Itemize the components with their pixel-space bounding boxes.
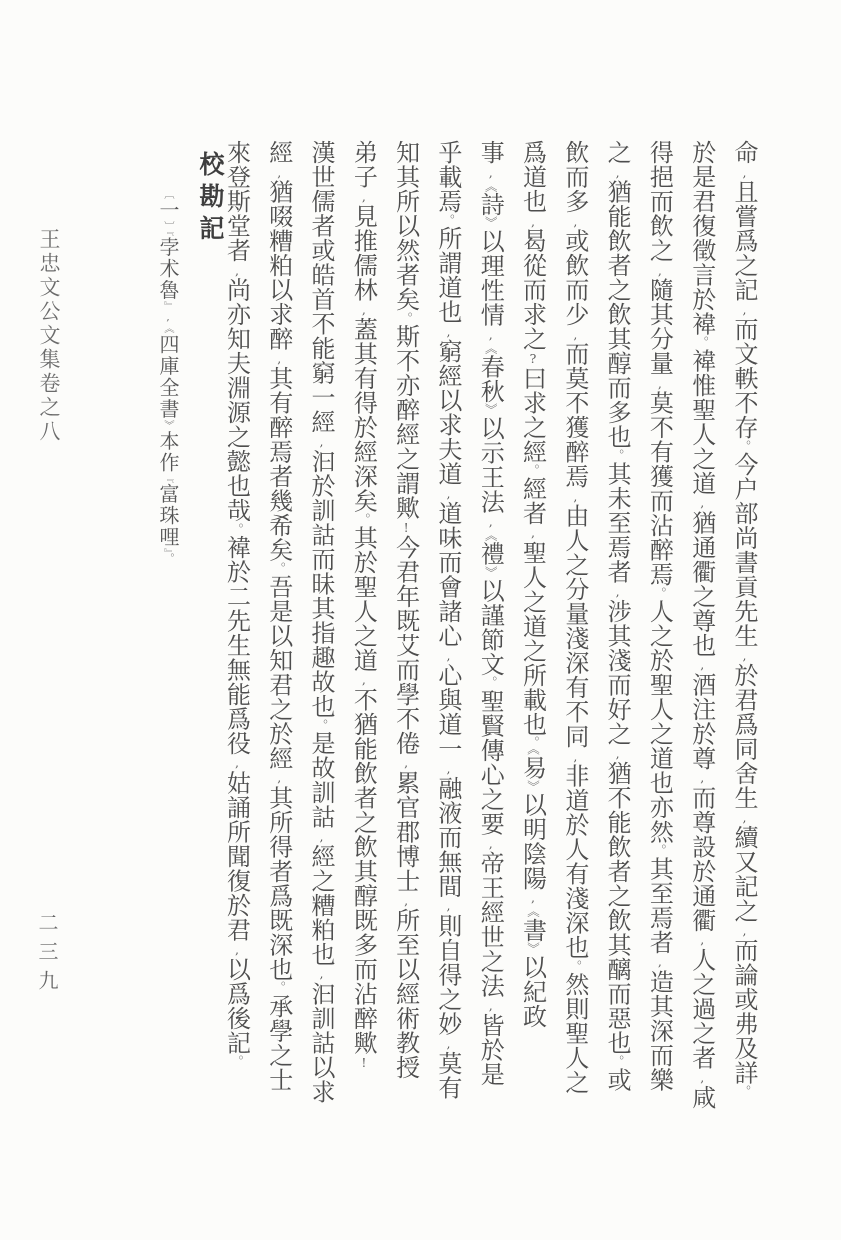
text-column: 於是君復徵言於褘。褘惟聖人之道,猶通衢之尊也,酒注於尊,而尊設於通衢,人之過之者… xyxy=(680,140,722,1160)
text-column: 經,猶啜糟粕以求醉,其有醉焉者幾希矣。吾是以知君之於經,其所得者爲既深也。承學之… xyxy=(257,140,299,1160)
text-column: 得挹而飲之,隨其分量,莫不有獲而沾醉焉。人之於聖人之道也亦然。其至焉者,造其深而… xyxy=(638,140,680,1160)
text-column: 飲而多,或飲而少,而莫不獲醉焉,由人之分量淺深有不同,非道於人有淺深也。然則聖人… xyxy=(554,140,596,1160)
text-column: 命,且嘗爲之記,而文軼不存。今户部尚書貢先生,於君爲同舍生,續又記之,而論或弗及… xyxy=(723,140,765,1160)
page-number: 二三九 xyxy=(33,912,62,999)
text-column: 弟子,見推儒林,蓋其有得於經深矣。其於聖人之道,不猶能飲者之飲其醇既多而沾醉歟! xyxy=(342,140,384,1160)
text-column: 之,猶能飲者之飲其醇而多也。其未至焉者,涉其淺而好之,猶不能飲者之飲其醨而惡也。… xyxy=(596,140,638,1160)
collation-heading: 校勘記 xyxy=(192,151,228,247)
text-column: 漢世儒者或皓首不能窮一經,汩於訓詁而昧其指趣故也。是故訓詁,經之糟粕也,汩訓詁以… xyxy=(300,140,342,1160)
main-text-block: 命,且嘗爲之記,而文軼不存。今户部尚書貢先生,於君爲同舍生,續又記之,而論或弗及… xyxy=(215,140,765,1160)
volume-title: 王忠文公文集卷之八 xyxy=(34,228,64,444)
scanned-book-page: 王忠文公文集卷之八 二三九 命,且嘗爲之記,而文軼不存。今户部尚書貢先生,於君爲… xyxy=(0,0,841,1240)
text-column: 知其所以然者矣。斯不亦醉經之謂歟!今君年既艾而學不倦,累官郡博士,所至以經術教授 xyxy=(384,140,426,1160)
text-column: 來登斯堂者,尚亦知夫淵源之懿也哉。褘於二先生無能爲役,姑誦所聞復於君,以爲後記。 xyxy=(215,140,257,1160)
collation-note: 〔一〕『孛术魯』,《四庫全書》本作『富珠哩』。 xyxy=(154,189,183,564)
text-column: 事,《詩》以理性情,《春秋》以示王法,《禮》以謹節文。聖賢傳心之要,帝王經世之法… xyxy=(469,140,511,1160)
text-column: 乎載焉。所謂道也,窮經以求夫道,道味而會諸心,心與道一,融液而無間,則自得之妙,… xyxy=(427,140,469,1160)
text-column: 爲道也,曷從而求之?曰求之經。經者,聖人之道之所載也。《易》以明陰陽,《書》以紀… xyxy=(511,140,553,1160)
